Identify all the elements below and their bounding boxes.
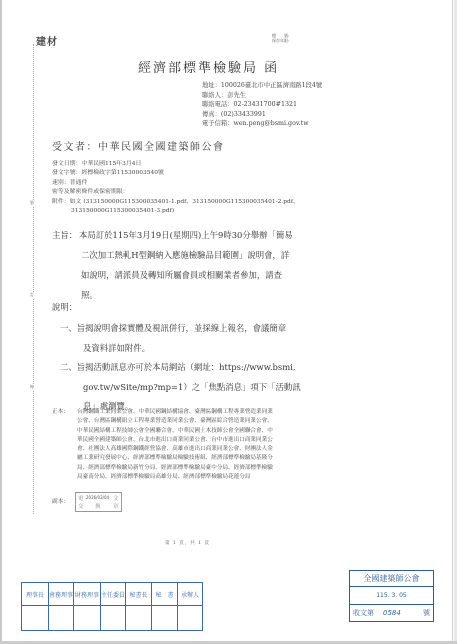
stamp-char: 電 <box>78 494 84 502</box>
document-category: 建材 <box>36 33 58 48</box>
binding-mark: 線 <box>30 384 34 390</box>
approval-header: 會務理事 <box>49 583 74 606</box>
subject-section: 主旨：本局訂於115年3月19日(星期四)上午9時30分舉辦「簡易 二次加工熱軋… <box>52 225 293 305</box>
approval-header: 主任委員 <box>101 583 126 606</box>
issue-date: 發文日期：中華民國115年3月4日 <box>52 160 299 169</box>
receipt-org: 全國建築師公會 <box>350 571 433 587</box>
receipt-stamp: 全國建築師公會 115. 3. 05 收文第 0584 號 <box>349 570 434 622</box>
document-title: 經濟部標準檢驗局 函 <box>138 57 279 76</box>
explanation-section: 一、旨揭說明會採實體及視訊併行，並採線上報名，會議簡章 及資料詳如附件。 二、旨… <box>60 319 301 417</box>
subject-line: 如說明，請派員及轉知所屬會員或相關業者參加，請查 <box>52 265 293 285</box>
approval-header: 理事長 <box>22 583 49 606</box>
cc-line: 中華民國結構工程技師公會全國聯合會、中華民國土木技師公會全國聯合會、中 <box>52 427 273 436</box>
page-frame-right-line <box>452 0 453 644</box>
approval-header: 財務理事 <box>74 583 101 606</box>
contact-email: 電子信箱：wen.peng@bsmi.gov.tw <box>202 119 322 129</box>
receipt-suffix: 號 <box>423 606 430 620</box>
stamp-char: 交 <box>78 502 84 510</box>
page-number: 第 1 頁，共 1 頁 <box>165 540 210 546</box>
explanation-label: 說明： <box>52 301 77 313</box>
cc-section: 正本：台灣鋼鐵工業同業公會、中華民國鋼結構協會、臺灣區鋼構工程專業營造業同業 公… <box>52 408 273 482</box>
approval-cell <box>178 606 203 631</box>
subject-line: 照。 <box>52 285 293 305</box>
secrecy-level: 密等及解密條件或保密期限： <box>52 188 299 197</box>
stamp-char: 換 <box>95 502 101 510</box>
explanation-line: 及資料詳如附件。 <box>60 339 301 359</box>
page-frame-left <box>0 0 2 644</box>
retention-label: 保存年限: <box>272 38 289 43</box>
approval-cell <box>126 606 152 631</box>
receipt-number: 0584 <box>383 606 401 620</box>
contact-fax: 傳真：(02)33433991 <box>202 110 322 120</box>
copy-label: 副本： <box>52 497 69 505</box>
binding-mark: 訂 <box>30 292 34 298</box>
recipient: 受文者：中華民國全國建築師公會 <box>52 138 225 153</box>
approval-cell <box>101 606 126 631</box>
approval-header: 承辦人 <box>178 583 203 606</box>
explanation-line: 二、旨揭活動訊息亦可於本局網站（網址：https://www.bsmi. <box>60 358 301 378</box>
binding-mark: 裝 <box>30 200 34 206</box>
contact-phone: 聯絡電話：02-23431700#1321 <box>202 100 322 110</box>
stamp-char: 章 <box>113 502 119 510</box>
website-link-line: gov.tw/wSite/mp?mp=1）之「焦點消息」項下「活動訊 <box>60 378 301 398</box>
approval-header: 秘 書 <box>152 583 178 606</box>
document-meta: 發文日期：中華民國115年3月4日 發文字號：經標檢政字第11530003540… <box>52 160 299 216</box>
stamp-char: 文 <box>113 494 119 502</box>
cc-label: 正本： <box>52 408 77 417</box>
explanation-item-1: 一、旨揭說明會採實體及視訊併行，並採線上報名，會議簡章 及資料詳如附件。 <box>60 319 301 358</box>
approval-cell <box>152 606 178 631</box>
cc-line: 公會、台灣區鋼構組立工程專業營造業同業公會、臺灣區綜合營造業同業公會、 <box>52 417 273 426</box>
attachments-line[interactable]: 313150000G115300035401-3.pdf) <box>52 207 299 216</box>
receipt-prefix: 收文第 <box>353 606 374 620</box>
approval-cell <box>74 606 101 631</box>
attachments-line[interactable]: 附件：如文 (313150000G115300035401-1.pdf、3131… <box>52 198 299 207</box>
binding-line <box>33 44 34 514</box>
subject-label: 主旨： <box>52 225 79 245</box>
cc-line: 會、社團法人高雄國際鋼鐵經營協會、高雄市進出口商業同業公會、財團法人金 <box>52 445 273 454</box>
document-number: 發文字號：經標檢政字第11530003540號 <box>52 169 299 178</box>
cc-line: 華民國全國建築師公會、台北市進出口商業同業公會、台中市進出口商業同業公 <box>52 436 273 445</box>
electronic-exchange-stamp: 電 交 2026/03/04 換 文 章 <box>75 492 122 512</box>
subject-line: 本局訂於115年3月19日(星期四)上午9時30分舉辦「簡易 <box>79 230 293 240</box>
delivery-speed: 速別：普通件 <box>52 179 299 188</box>
approval-header: 秘書長 <box>126 583 152 606</box>
approval-table: 理事長 會務理事 財務理事 主任委員 秘書長 秘 書 承辦人 <box>21 582 203 631</box>
stamp-date: 2026/03/04 <box>86 495 109 500</box>
contact-person: 聯絡人：彭先生 <box>202 91 322 101</box>
approval-cell <box>49 606 74 631</box>
subject-line: 二次加工熱軋H型鋼納入應施檢驗品目範圍」說明會，詳 <box>52 245 293 265</box>
receipt-date: 115. 3. 05 <box>350 588 433 605</box>
contact-block: 地址：100026臺北市中正區濟南路1段4號 聯絡人：彭先生 聯絡電話：02-2… <box>202 81 322 129</box>
file-meta: 檔 號: 保存年限: <box>272 33 289 43</box>
cc-line: 局、經濟部標準檢驗局新竹分局、經濟部標準檢驗局臺中分局、經濟部標準檢驗 <box>52 464 273 473</box>
cc-line: 屬工業研究發展中心、經濟部標準檢驗局檢驗技術組、經濟部標準檢驗局基隆分 <box>52 454 273 463</box>
approval-cell <box>22 606 49 631</box>
receipt-number-row: 收文第 0584 號 <box>350 606 433 620</box>
cc-line: 局臺南分局、經濟部標準檢驗局高雄分局、經濟部標準檢驗局花蓮分局 <box>52 473 273 482</box>
contact-address: 地址：100026臺北市中正區濟南路1段4號 <box>202 81 322 91</box>
cc-line: 台灣鋼鐵工業同業公會、中華民國鋼結構協會、臺灣區鋼構工程專業營造業同業 <box>77 409 273 415</box>
explanation-line: 一、旨揭說明會採實體及視訊併行，並採線上報名，會議簡章 <box>60 319 301 339</box>
